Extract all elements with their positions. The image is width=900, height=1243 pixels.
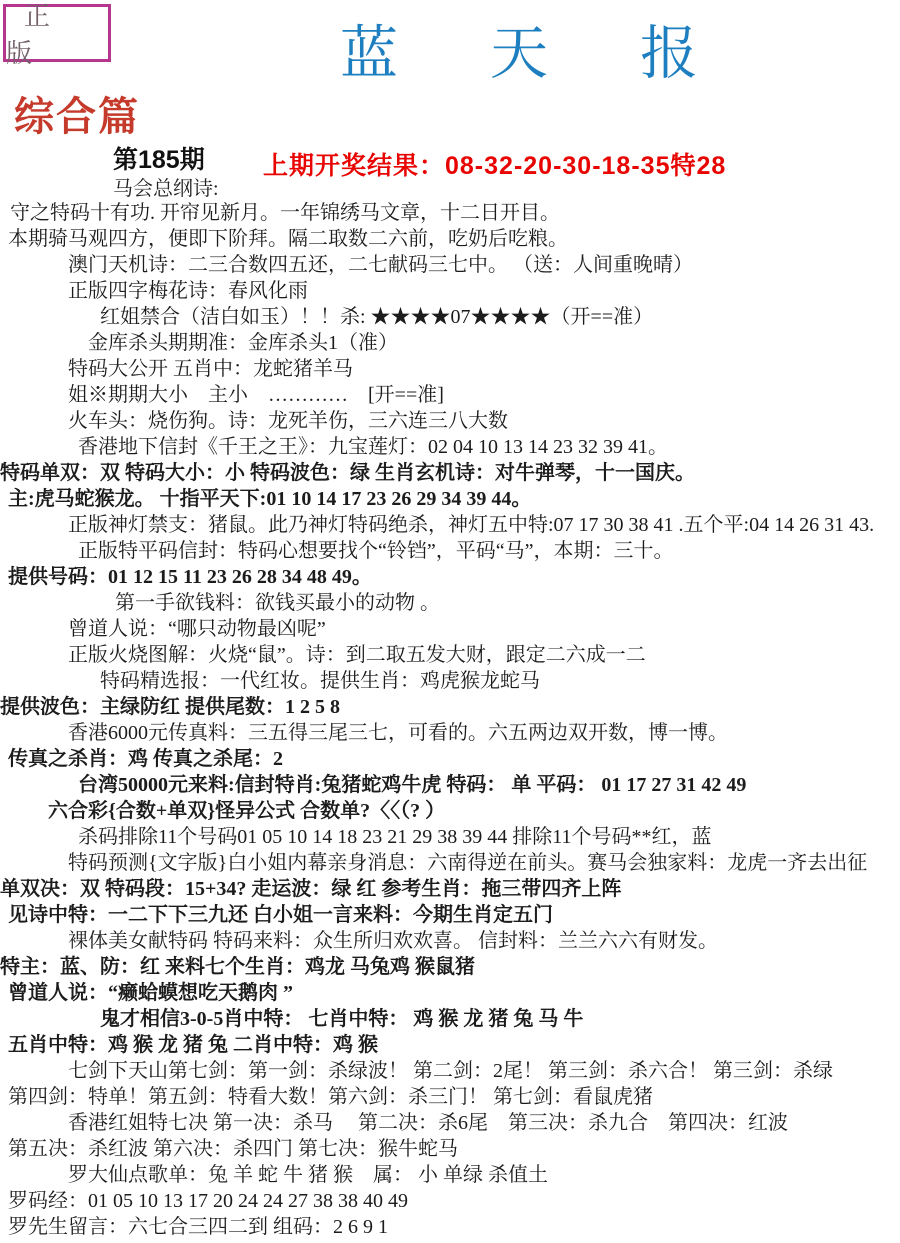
text-line: 特码大公开 五肖中：龙蛇猪羊马 — [0, 356, 900, 382]
section-title: 综合篇 — [14, 94, 140, 140]
page-title: 蓝天报 — [340, 18, 790, 88]
text-line: 七剑下天山第七剑：第一剑：杀绿波！ 第二剑：2尾！ 第三剑：杀六合！ 第三剑：杀… — [0, 1058, 900, 1084]
text-line: 提供波色：主绿防红 提供尾数：1 2 5 8 — [0, 694, 900, 720]
text-line: 罗先生留言：六七合三四二到 组码：2 6 9 1 — [0, 1214, 900, 1240]
text-line: 台湾50000元来料:信封特肖:兔猪蛇鸡牛虎 特码： 单 平码： 01 17 2… — [0, 772, 900, 798]
text-line: 曾道人说：“癞蛤蟆想吃天鹅肉 ” — [0, 980, 900, 1006]
text-line: 曾道人说：“哪只动物最凶呢” — [0, 616, 900, 642]
text-line: 第一手欲钱料：欲钱买最小的动物 。 — [0, 590, 900, 616]
text-line: 正版神灯禁支：猪鼠。此乃神灯特码绝杀，神灯五中特:07 17 30 38 41 … — [0, 512, 900, 538]
text-line: 罗码经：01 05 10 13 17 20 24 24 27 38 38 40 … — [0, 1188, 900, 1214]
text-line: 杀码排除11个号码01 05 10 14 18 23 21 29 38 39 4… — [0, 824, 900, 850]
text-line: 香港红姐特七决 第一决：杀马 第二决：杀6尾 第三决：杀九合 第四决：红波 — [0, 1110, 900, 1136]
text-line: 传真之杀肖：鸡 传真之杀尾：2 — [0, 746, 900, 772]
text-line: 单双决：双 特码段：15+34? 走运波：绿 红 参考生肖：拖三带四齐上阵 — [0, 876, 900, 902]
text-line: 正版火烧图解：火烧“鼠”。诗：到二取五发大财，跟定二六成一二 — [0, 642, 900, 668]
text-line: 特主：蓝、防：红 来料七个生肖：鸡龙 马兔鸡 猴鼠猪 — [0, 954, 900, 980]
text-line: 守之特码十有功. 开帘见新月。一年锦绣马文章，十二日开目。 — [0, 200, 900, 226]
text-line: 罗大仙点歌单：兔 羊 蛇 牛 猪 猴 属： 小 单绿 杀值土 — [0, 1162, 900, 1188]
text-line: 香港地下信封《千王之王》：九宝莲灯：02 04 10 13 14 23 32 3… — [0, 434, 900, 460]
body-text: 守之特码十有功. 开帘见新月。一年锦绣马文章，十二日开目。本期骑马观四方，便即下… — [0, 200, 900, 1240]
edition-badge: 正 版 — [3, 4, 111, 62]
text-line: 五肖中特：鸡 猴 龙 猪 兔 二肖中特：鸡 猴 — [0, 1032, 900, 1058]
text-line: 第四剑：特单！第五剑：特看大数！第六剑：杀三门！ 第七剑：看鼠虎猪 — [0, 1084, 900, 1110]
text-line: 裸体美女献特码 特码来料：众生所归欢欢喜。 信封料：兰兰六六有财发。 — [0, 928, 900, 954]
text-line: 金库杀头期期准：金库杀头1（准） — [0, 330, 900, 356]
text-line: 见诗中特：一二下下三九还 白小姐一言来料：今期生肖定五门 — [0, 902, 900, 928]
text-line: 香港6000元传真料：三五得三尾三七，可看的。六五两边双开数，博一博。 — [0, 720, 900, 746]
text-line: 红姐禁合（洁白如玉）！！杀: ★★★★07★★★★（开==准） — [0, 304, 900, 330]
text-line: 本期骑马观四方，便即下阶拜。隔二取数二六前，吃奶后吃粮。 — [0, 226, 900, 252]
text-line: 第五决：杀红波 第六决：杀四门 第七决：猴牛蛇马 — [0, 1136, 900, 1162]
text-line: 提供号码：01 12 15 11 23 26 28 34 48 49。 — [0, 564, 900, 590]
text-line: 鬼才相信3-0-5肖中特： 七肖中特： 鸡 猴 龙 猪 兔 马 牛 — [0, 1006, 900, 1032]
last-draw-result: 上期开奖结果：08-32-20-30-18-35特28 — [263, 146, 726, 182]
text-line: 姐※期期大小 主小 ………… [开==准] — [0, 382, 900, 408]
intro-line: 马会总纲诗: — [113, 172, 219, 201]
text-line: 正版特平码信封：特码心想要找个“铃铛”，平码“马”，本期：三十。 — [0, 538, 900, 564]
issue-number: 第185期 — [113, 140, 205, 176]
newspaper-page: 正 版 蓝天报 综合篇 第185期 上期开奖结果：08-32-20-30-18-… — [0, 0, 900, 1243]
text-line: 澳门天机诗：二三合数四五还，二七献码三七中。 （送：人间重晚晴） — [0, 252, 900, 278]
text-line: 特码精选报：一代红妆。提供生肖：鸡虎猴龙蛇马 — [0, 668, 900, 694]
text-line: 特码预测{文字版}白小姐内幕亲身消息：六南得逆在前头。赛马会独家料：龙虎一齐去出… — [0, 850, 900, 876]
text-line: 正版四字梅花诗：春风化雨 — [0, 278, 900, 304]
text-line: 主:虎马蛇猴龙。 十指平天下:01 10 14 17 23 26 29 34 3… — [0, 486, 900, 512]
text-line: 火车头：烧伤狗。诗：龙死羊伤，三六连三八大数 — [0, 408, 900, 434]
text-line: 特码单双：双 特码大小：小 特码波色：绿 生肖玄机诗：对牛弹琴，十一国庆。 — [0, 460, 900, 486]
text-line: 六合彩{合数+单双}怪异公式 合数单?〈〈（? ） — [0, 798, 900, 824]
